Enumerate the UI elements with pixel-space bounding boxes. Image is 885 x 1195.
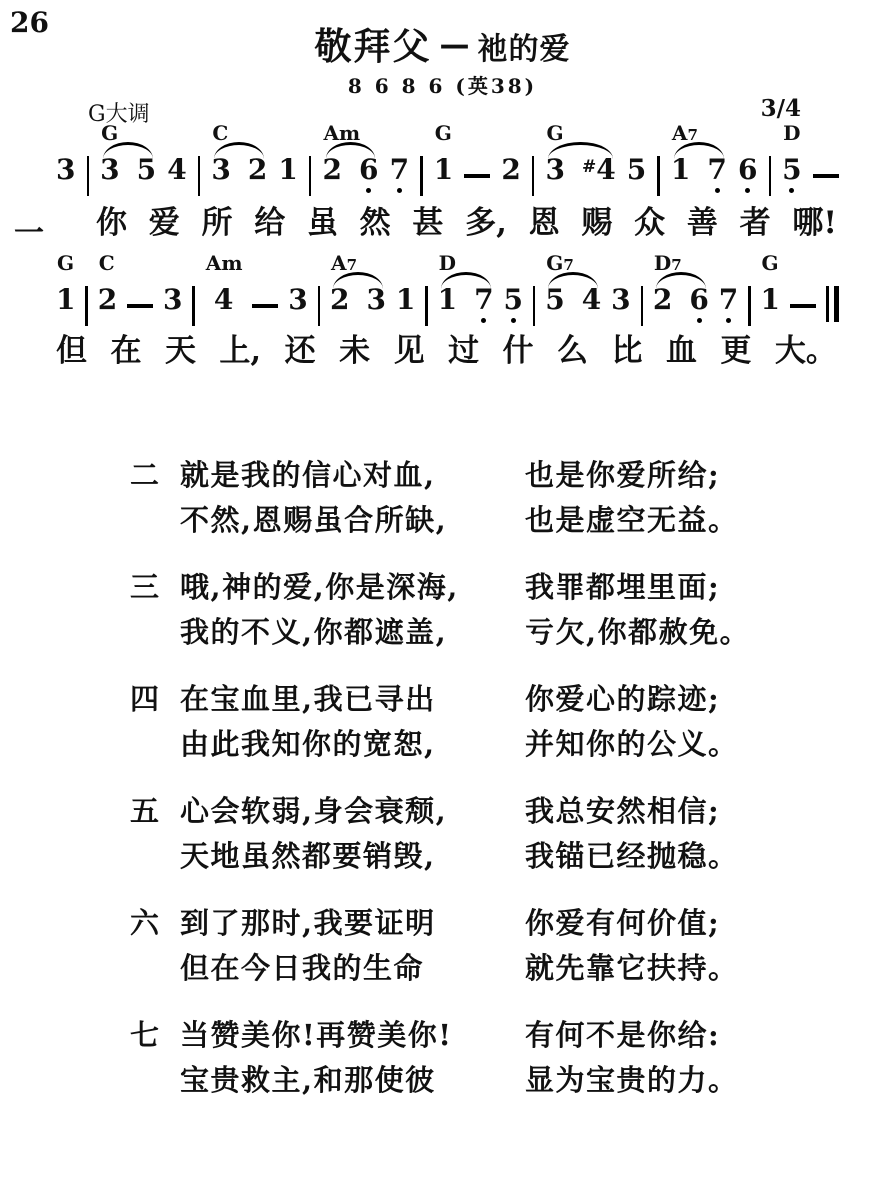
note-digit: 4 (167, 156, 186, 184)
note-digit: 3 (163, 286, 182, 314)
chord-char: G (57, 251, 74, 275)
low-octave-dot (481, 318, 486, 323)
note-cell: 6 (738, 120, 757, 196)
lyric-syllable: 所 (201, 206, 232, 240)
note-cell: 3 (163, 250, 182, 326)
verse-line2-right: 也是虚空无益。 (525, 498, 785, 543)
note-row: 7 (719, 286, 738, 326)
note-digit: 5 (782, 156, 801, 184)
note-unit: 3 (163, 286, 182, 326)
verse-line2-right: 亏欠,你都赦免。 (525, 610, 785, 655)
note-unit: 3 (545, 156, 564, 196)
note-row: 54 (545, 286, 601, 326)
note-cell: 4 (167, 120, 186, 196)
note-row: 3 (163, 286, 182, 326)
note-digit: 5 (545, 286, 564, 314)
note-row: 7 (390, 156, 409, 196)
time-signature: 3/4 (761, 95, 801, 122)
verse-block: 六到了那时,我要证明你爱有何价值;但在今日我的生命就先靠它扶持。 (130, 901, 785, 991)
lyric-syllable: 甚 (412, 206, 443, 240)
note-unit: 4 (582, 286, 601, 326)
hymn-title-main: 敬拜父 (315, 25, 432, 68)
low-octave-dot (697, 318, 702, 323)
octave-dot-slot (511, 314, 516, 326)
lyric-syllable: 哪! (792, 206, 837, 240)
note-digit: 1 (396, 286, 415, 314)
note-digit: 3 (288, 286, 307, 314)
note-unit: 5 (782, 156, 801, 196)
lyric-syllable: 大。 (775, 334, 837, 368)
note-unit: 2 (98, 286, 117, 326)
note-cell: 3 (56, 120, 75, 196)
title-dash: — (440, 28, 470, 63)
note-row: 1 (761, 286, 780, 326)
verse-line2-left: 我的不义,你都遮盖, (180, 610, 525, 655)
slur-group: G754 (545, 250, 601, 326)
note-unit: 7 (707, 156, 726, 196)
dash-body (813, 156, 839, 206)
lyric-syllable: 善 (687, 206, 718, 240)
barline-cell (532, 120, 535, 196)
slur-group: C32 (211, 120, 267, 196)
note-unit: 1 (671, 156, 690, 196)
lyric-syllable: 恩 (529, 206, 560, 240)
barline-cell (192, 250, 195, 326)
dash-cell (464, 120, 490, 206)
low-octave-dot (726, 318, 731, 323)
verse-line2-right: 显为宝贵的力。 (525, 1058, 785, 1103)
lyric-syllable: 还 (285, 334, 316, 368)
verse-line1-right: 有何不是你给: (525, 1013, 785, 1058)
note-digit: 2 (330, 286, 349, 314)
verse-line2-left: 天地虽然都要销毁, (180, 834, 525, 879)
note-cell: 7 (719, 250, 738, 326)
octave-dot-slot (397, 184, 402, 196)
note-unit: 3 (288, 286, 307, 326)
dash-cell (813, 120, 839, 206)
note-unit: 2 (330, 286, 349, 326)
note-cell: G1 (761, 250, 780, 326)
note-row: 26 (323, 156, 379, 196)
lyric-syllable: 多, (465, 206, 507, 240)
note-digit: 7 (474, 286, 493, 314)
note-cell: 1 (278, 120, 297, 196)
verse-block: 三哦,神的爱,你是深海,我罪都埋里面;我的不义,你都遮盖,亏欠,你都赦免。 (130, 565, 785, 655)
note-cell: C2 (98, 250, 117, 326)
barline-cell (309, 120, 312, 196)
octave-dot-slot (697, 314, 702, 326)
note-row: 3#4 (545, 156, 615, 196)
note-unit: 2 (323, 156, 342, 196)
chord-char: A (206, 251, 222, 275)
barline (87, 156, 90, 196)
note-unit: 5 (627, 156, 646, 196)
note-digit: 3 (611, 286, 630, 314)
chord-char: G (762, 251, 779, 275)
note-digit: 2 (323, 156, 342, 184)
slur-group: D726 (653, 250, 709, 326)
note-unit: 1 (761, 286, 780, 326)
verse-line1-right: 也是你爱所给; (525, 453, 785, 498)
barline-cell (420, 120, 423, 196)
dash-body (252, 286, 278, 336)
verse-line2-right: 我锚已经抛稳。 (525, 834, 785, 879)
meter-notation: 8 6 8 6 (英38) (0, 70, 885, 99)
barline-cell (769, 120, 772, 196)
octave-dot-slot (366, 184, 371, 196)
octave-dot-slot (745, 184, 750, 196)
barline (198, 156, 201, 196)
verse-line1-left: 哦,神的爱,你是深海, (180, 565, 525, 610)
lyric-syllable: 但 (56, 334, 87, 368)
verse-line2-left: 但在今日我的生命 (180, 946, 525, 991)
slur-group: A717 (671, 120, 727, 196)
note-digit: 5 (504, 286, 523, 314)
barline (641, 286, 644, 326)
verse-block: 七当赞美你!再赞美你!有何不是你给:宝贵救主,和那使彼显为宝贵的力。 (130, 1013, 785, 1103)
note-digit: 2 (248, 156, 267, 184)
note-unit: 7 (719, 286, 738, 326)
chord-char: C (212, 121, 228, 145)
duration-dash (813, 174, 839, 178)
octave-dot-slot (726, 314, 731, 326)
note-unit: 3 (367, 286, 386, 326)
note-digit: 2 (98, 286, 117, 314)
note-unit: 1 (56, 286, 75, 326)
low-octave-dot (789, 188, 794, 193)
note-row: 26 (653, 286, 709, 326)
note-digit: 7 (707, 156, 726, 184)
note-unit: 1 (438, 286, 457, 326)
chord-label: G (57, 250, 74, 286)
note-row: 1 (434, 156, 453, 196)
lyric-syllable: 给 (254, 206, 285, 240)
note-unit: 1 (278, 156, 297, 196)
note-digit: 5 (137, 156, 156, 184)
note-unit: 5 (504, 286, 523, 326)
note-row: 5 (627, 156, 646, 196)
chord-label: C (99, 250, 115, 286)
note-cell: 2 (501, 120, 520, 196)
verse-1-marker: 一 (14, 208, 44, 252)
chord-char: D (783, 121, 800, 145)
note-row: 4 (167, 156, 186, 196)
low-octave-dot (745, 188, 750, 193)
note-digit: 3 (56, 156, 75, 184)
verse-block: 四在宝血里,我已寻出你爱心的踪迹;由此我知你的宽恕,并知你的公义。 (130, 677, 785, 767)
barline (748, 286, 751, 326)
lyric-syllable: 天 (165, 334, 196, 368)
verse-line1-left: 在宝血里,我已寻出 (180, 677, 525, 722)
final-barline-cell (826, 250, 839, 326)
note-cell: 5 (504, 250, 523, 326)
note-unit: 6 (689, 286, 708, 326)
dash-cell (790, 250, 816, 336)
barline (85, 286, 88, 326)
note-digit: 3 (211, 156, 230, 184)
duration-dash (127, 304, 153, 308)
verse-line2-left: 宝贵救主,和那使彼 (180, 1058, 525, 1103)
slur-group: G35 (100, 120, 156, 196)
hymn-page: 26 敬拜父—祂的爱 8 6 8 6 (英38) G大调 3/4 3G354C3… (0, 0, 885, 1195)
sharp-sign: # (582, 157, 596, 177)
note-cell: 1 (396, 250, 415, 326)
note-cell: G1 (434, 120, 453, 196)
barline (420, 156, 423, 196)
low-octave-dot (511, 318, 516, 323)
chord-char: G (435, 121, 452, 145)
note-digit: 2 (653, 286, 672, 314)
note-row: 1 (56, 286, 75, 326)
note-digit: 5 (627, 156, 646, 184)
score-line-2: G1C23Am43A7231D175G7543D7267G1 (56, 250, 839, 336)
low-octave-dot (366, 188, 371, 193)
barline-cell (641, 250, 644, 326)
barline (425, 286, 428, 326)
note-unit: 4 (167, 156, 186, 196)
note-digit: 6 (738, 156, 757, 184)
lyric-syllable: 赐 (581, 206, 612, 240)
note-unit: 2 (653, 286, 672, 326)
lyric-syllable: 者 (740, 206, 771, 240)
note-cell: 3 (288, 250, 307, 326)
note-digit: 7 (390, 156, 409, 184)
final-bar-thin (826, 286, 829, 322)
barline-cell (198, 120, 201, 196)
verse-block: 二就是我的信心对血,也是你爱所给;不然,恩赐虽合所缺,也是虚空无益。 (130, 453, 785, 543)
final-barline (826, 286, 839, 326)
barline (533, 286, 536, 326)
chord-label: G (762, 250, 779, 286)
note-row: 3 (288, 286, 307, 326)
lyric-syllable: 然 (360, 206, 391, 240)
chord-char: G (546, 121, 563, 145)
note-digit: 3 (545, 156, 564, 184)
note-row: 35 (100, 156, 156, 196)
octave-dot-slot (481, 314, 486, 326)
chord-char: D (654, 251, 671, 275)
low-octave-dot (397, 188, 402, 193)
note-unit: #4 (582, 156, 616, 196)
note-unit: 1 (396, 286, 415, 326)
note-unit: 7 (390, 156, 409, 196)
note-digit: 3 (367, 286, 386, 314)
lyric-syllable: 比 (611, 334, 642, 368)
verse-line1-right: 我总安然相信; (525, 789, 785, 834)
verse-line1-left: 就是我的信心对血, (180, 453, 525, 498)
lyric-syllable: 更 (720, 334, 751, 368)
barline-cell (318, 250, 321, 326)
note-row: 17 (438, 286, 494, 326)
note-cell: 3 (611, 250, 630, 326)
verse-number: 二 (130, 453, 180, 498)
note-digit: 7 (719, 286, 738, 314)
dash-cell (127, 250, 153, 336)
note-row: 3 (56, 156, 75, 196)
lyric-syllable: 什 (503, 334, 534, 368)
barline (318, 286, 321, 326)
chord-char: C (99, 251, 115, 275)
verse-line1-left: 心会软弱,身会衰颓, (180, 789, 525, 834)
note-unit: 3 (56, 156, 75, 196)
lyric-syllable: 见 (394, 334, 425, 368)
note-row: 23 (330, 286, 386, 326)
verse-line2-right: 就先靠它扶持。 (525, 946, 785, 991)
chord-char: G (546, 251, 563, 275)
barline-cell (425, 250, 428, 326)
barline-cell (85, 250, 88, 326)
note-digit: 3 (100, 156, 119, 184)
note-row: 1 (396, 286, 415, 326)
note-unit: 5 (137, 156, 156, 196)
chord-char: A (331, 251, 347, 275)
barline (657, 156, 660, 196)
note-cell: Am4 (205, 250, 243, 326)
note-unit: 3 (611, 286, 630, 326)
hymn-title: 敬拜父—祂的爱 (0, 16, 885, 70)
dash-cell (252, 250, 278, 336)
note-unit: 4 (214, 286, 233, 326)
note-unit: 2 (248, 156, 267, 196)
note-digit: 1 (278, 156, 297, 184)
octave-dot-slot (715, 184, 720, 196)
score-line-1: 3G354C321Am267G12G3#45A7176D5 (56, 120, 839, 206)
lyric-syllable: 未 (339, 334, 370, 368)
hymn-title-sub: 祂的爱 (478, 32, 571, 67)
note-row: 2 (501, 156, 520, 196)
duration-dash (790, 304, 816, 308)
lyric-syllable: 上, (219, 334, 261, 368)
note-unit: 3 (100, 156, 119, 196)
verse-number: 六 (130, 901, 180, 946)
barline-cell (533, 250, 536, 326)
note-unit: 7 (474, 286, 493, 326)
lyric-syllable: 么 (557, 334, 588, 368)
note-cell: 7 (390, 120, 409, 196)
note-digit: 4 (582, 286, 601, 314)
barline-cell (87, 120, 90, 196)
barline-cell (657, 120, 660, 196)
note-unit: 3 (211, 156, 230, 196)
note-row: 3 (611, 286, 630, 326)
note-digit: 1 (761, 286, 780, 314)
note-digit: 6 (689, 286, 708, 314)
lyric-syllable: 爱 (149, 206, 180, 240)
note-unit: 2 (501, 156, 520, 196)
chord-label: Am (206, 250, 243, 286)
note-digit: 4 (214, 286, 233, 314)
note-unit: 5 (545, 286, 564, 326)
verse-line1-right: 你爱心的踪迹; (525, 677, 785, 722)
slur-group: Am26 (323, 120, 379, 196)
lyric-syllable: 你 (96, 206, 127, 240)
verse-number: 三 (130, 565, 180, 610)
verse-block: 五心会软弱,身会衰颓,我总安然相信;天地虽然都要销毁,我锚已经抛稳。 (130, 789, 785, 879)
note-cell: D5 (782, 120, 801, 196)
chord-label: D (783, 120, 800, 156)
dash-body (464, 156, 490, 206)
note-row: 1 (278, 156, 297, 196)
slur-group: A723 (330, 250, 386, 326)
lyric-syllable: 血 (666, 334, 697, 368)
note-digit: 2 (501, 156, 520, 184)
note-row: 5 (782, 156, 801, 196)
note-row: 4 (214, 286, 233, 326)
barline (532, 156, 535, 196)
verse-line2-left: 不然,恩赐虽合所缺, (180, 498, 525, 543)
verses-section: 二就是我的信心对血,也是你爱所给;不然,恩赐虽合所缺,也是虚空无益。三哦,神的爱… (130, 453, 785, 1125)
lyric-line-1: 你爱所给虽然甚多,恩赐众善者哪! (96, 206, 837, 240)
note-unit: 6 (738, 156, 757, 196)
verse-number: 四 (130, 677, 180, 722)
duration-dash (464, 174, 490, 178)
lyric-line-2: 但在天上,还未见过什么比血更大。 (56, 334, 837, 368)
chord-char: G (101, 121, 118, 145)
note-row: 2 (98, 286, 117, 326)
note-row: 5 (504, 286, 523, 326)
note-cell: G1 (56, 250, 75, 326)
lyric-syllable: 在 (110, 334, 141, 368)
note-unit: 6 (359, 156, 378, 196)
verse-line1-right: 你爱有何价值; (525, 901, 785, 946)
verse-number: 七 (130, 1013, 180, 1058)
chord-char: A (324, 121, 340, 145)
note-digit: 1 (56, 286, 75, 314)
lyric-syllable: 过 (448, 334, 479, 368)
note-unit: 1 (434, 156, 453, 196)
verse-number: 五 (130, 789, 180, 834)
chord-char: m (221, 251, 242, 275)
dash-body (127, 286, 153, 336)
verse-line1-right: 我罪都埋里面; (525, 565, 785, 610)
verse-line2-left: 由此我知你的宽恕, (180, 722, 525, 767)
note-row: 6 (738, 156, 757, 196)
note-row: 32 (211, 156, 267, 196)
verse-line2-right: 并知你的公义。 (525, 722, 785, 767)
note-digit: 6 (359, 156, 378, 184)
final-bar-thick (834, 286, 839, 322)
barline (192, 286, 195, 326)
chord-label: G (435, 120, 452, 156)
note-row: 17 (671, 156, 727, 196)
note-digit: 1 (434, 156, 453, 184)
note-digit: 1 (671, 156, 690, 184)
duration-dash (252, 304, 278, 308)
chord-char: A (672, 121, 688, 145)
octave-dot-slot (789, 184, 794, 196)
chord-char: D (439, 251, 456, 275)
verse-line1-left: 当赞美你!再赞美你! (180, 1013, 525, 1058)
lyric-syllable: 虽 (307, 206, 338, 240)
barline-cell (748, 250, 751, 326)
slur-group: D17 (438, 250, 494, 326)
lyric-syllable: 众 (634, 206, 665, 240)
barline (769, 156, 772, 196)
note-digit: #4 (582, 156, 616, 184)
note-digit: 1 (438, 286, 457, 314)
note-cell: 5 (627, 120, 646, 196)
dash-body (790, 286, 816, 336)
slur-group: G3#4 (545, 120, 615, 196)
verse-line1-left: 到了那时,我要证明 (180, 901, 525, 946)
barline (309, 156, 312, 196)
low-octave-dot (715, 188, 720, 193)
